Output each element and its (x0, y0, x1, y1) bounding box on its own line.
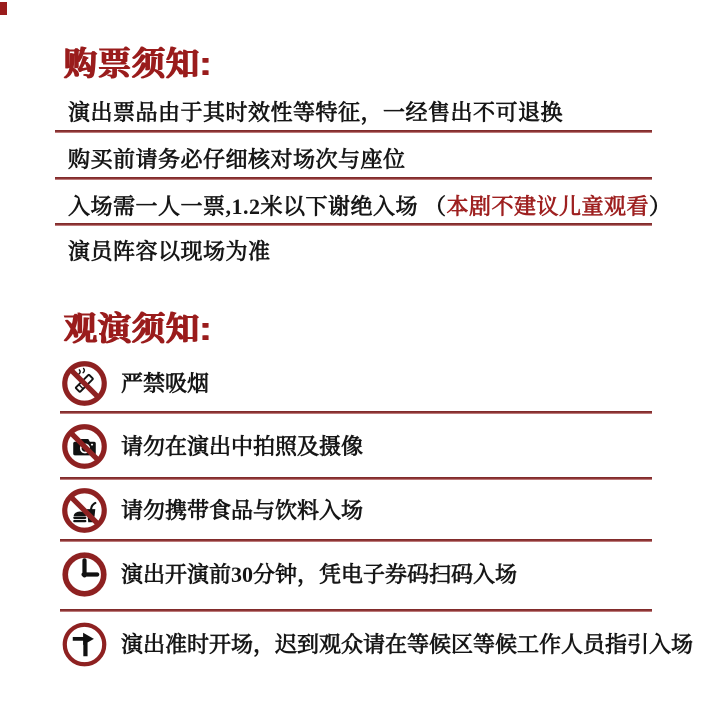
paren-close: ） (649, 194, 672, 219)
ticket-notice-item: 演员阵容以现场为准 (68, 237, 271, 267)
paren-open: （ (424, 194, 447, 219)
viewing-notice-item: 严禁吸烟 (61, 360, 209, 407)
notice-text: 请勿携带食品与饮料入场 (121, 487, 363, 534)
viewing-notice-title: 观演须知: (64, 309, 212, 349)
notice-text: 演员阵容以现场为准 (68, 239, 271, 264)
viewing-notice-item: 演出开演前30分钟，凭电子券码扫码入场 (61, 551, 517, 598)
section-divider (60, 539, 652, 542)
no-smoking-icon (61, 360, 108, 407)
clock-icon (61, 551, 108, 598)
no-food-drink-icon (61, 487, 108, 534)
section-divider (60, 411, 652, 414)
no-camera-icon (61, 423, 108, 470)
ticket-notice-item: 入场需一人一票,1.2米以下谢绝入场 （本剧不建议儿童观看） (68, 192, 672, 222)
child-warning-text: 本剧不建议儿童观看 (447, 194, 650, 219)
notice-text: 演出票品由于其时效性等特征，一经售出不可退换 (68, 100, 563, 125)
viewing-notice-item: 演出准时开场，迟到观众请在等候区等候工作人员指引入场 (61, 621, 693, 668)
ticket-notice-item: 购买前请务必仔细核对场次与座位 (68, 145, 406, 175)
section-divider (60, 477, 652, 480)
section-divider (55, 177, 652, 180)
notice-text: 演出开演前30分钟，凭电子券码扫码入场 (121, 551, 517, 598)
notice-text: 请勿在演出中拍照及摄像 (121, 423, 363, 470)
viewing-notice-item: 请勿在演出中拍照及摄像 (61, 423, 363, 470)
notice-text: 严禁吸烟 (121, 360, 209, 407)
notice-text: 入场需一人一票,1.2米以下谢绝入场 (68, 194, 424, 219)
notice-page: 购票须知: 演出票品由于其时效性等特征，一经售出不可退换 购买前请务必仔细核对场… (0, 0, 720, 720)
section-divider (55, 223, 652, 226)
corner-red-mark (0, 2, 7, 15)
section-divider (55, 130, 652, 133)
turn-arrow-icon (61, 621, 108, 668)
ticket-notice-item: 演出票品由于其时效性等特征，一经售出不可退换 (68, 98, 563, 128)
viewing-notice-item: 请勿携带食品与饮料入场 (61, 487, 363, 534)
notice-text: 购买前请务必仔细核对场次与座位 (68, 147, 406, 172)
section-divider (60, 609, 652, 612)
notice-text: 演出准时开场，迟到观众请在等候区等候工作人员指引入场 (121, 621, 693, 668)
ticket-notice-title: 购票须知: (64, 44, 212, 84)
